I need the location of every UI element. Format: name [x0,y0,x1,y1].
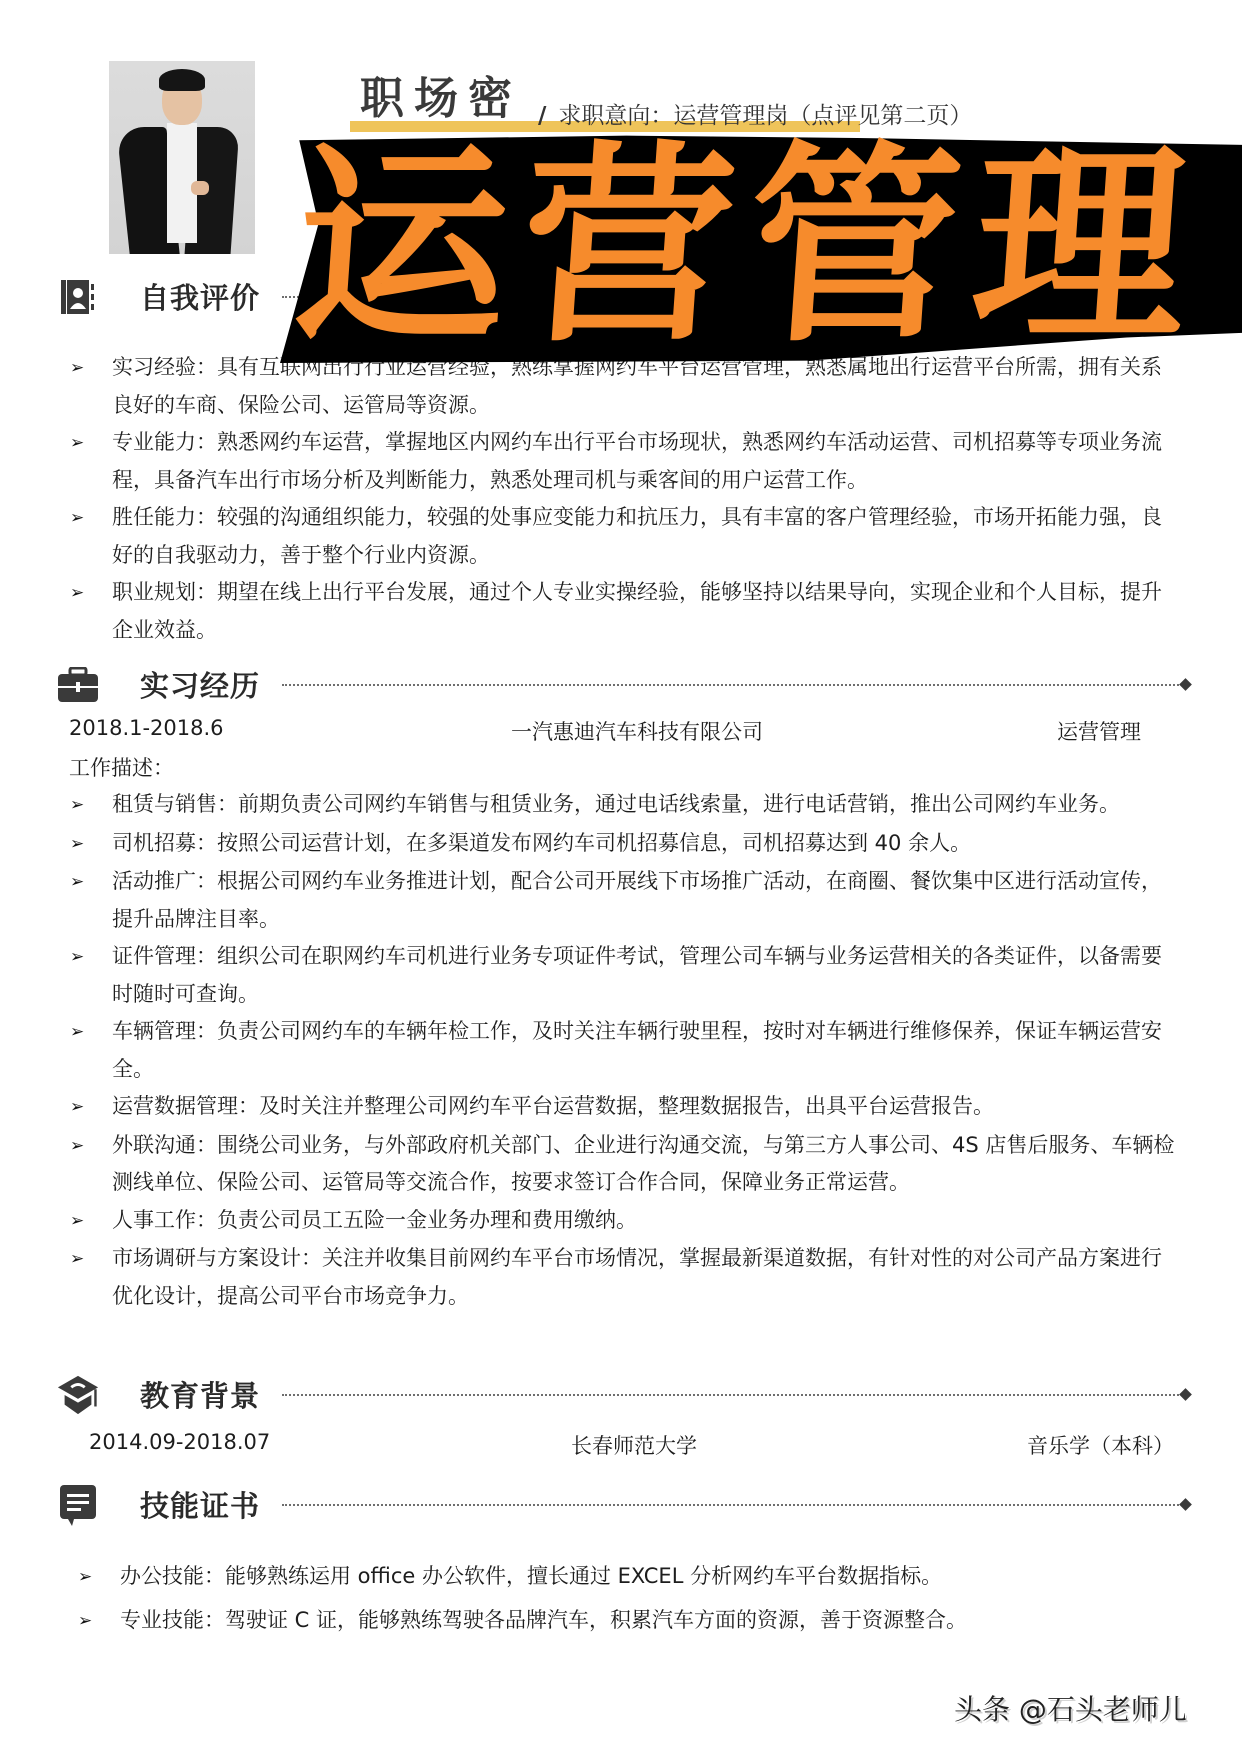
contact-book-icon [56,277,100,317]
bullet-arrow-icon: ➢ [70,938,112,1013]
bullet-arrow-icon: ➢ [70,424,112,499]
list-item: ➢证件管理：组织公司在职网约车司机进行业务专项证件考试，管理公司车辆与业务运营相… [70,938,1180,1013]
internship-list: ➢租赁与销售：前期负责公司网约车销售与租赁业务，通过电话线索量，进行电话营销，推… [70,786,1180,1315]
self-evaluation-list: ➢实习经验：具有互联网出行行业运营经验，熟练掌握网约车平台运营管理，熟悉属地出行… [70,349,1180,649]
education-row: 2014.09-2018.07 长春师范大学 音乐学（本科） [0,1430,1242,1460]
section-internship: 实习经历 [56,664,1186,705]
list-item: ➢活动推广：根据公司网约车业务推进计划，配合公司开展线下市场推广活动，在商圈、餐… [70,863,1180,938]
list-item: ➢胜任能力：较强的沟通组织能力，较强的处事应变能力和抗压力，具有丰富的客户管理经… [70,499,1180,574]
list-item: ➢运营数据管理：及时关注并整理公司网约车平台运营数据，整理数据报告，出具平台运营… [70,1088,1180,1127]
bullet-arrow-icon: ➢ [70,349,112,424]
section-title: 自我评价 [140,276,260,317]
skills-list: ➢办公技能：能够熟练运用 office 办公软件，擅长通过 EXCEL 分析网约… [78,1555,1188,1643]
bullet-arrow-icon: ➢ [70,1127,112,1202]
education-school: 长春师范大学 [571,1430,697,1460]
message-note-icon [56,1485,100,1525]
bullet-arrow-icon: ➢ [70,1240,112,1315]
section-divider [282,1394,1186,1396]
list-item: ➢办公技能：能够熟练运用 office 办公软件，擅长通过 EXCEL 分析网约… [78,1555,1188,1599]
list-item: ➢市场调研与方案设计：关注并收集目前网约车平台市场情况，掌握最新渠道数据，有针对… [70,1240,1180,1315]
education-major: 音乐学（本科） [1027,1430,1174,1460]
list-item: ➢专业技能：驾驶证 C 证，能够熟练驾驶各品牌汽车，积累汽车方面的资源，善于资源… [78,1599,1188,1643]
graduation-cap-icon [56,1375,100,1415]
banner-title: 运营管理 [288,132,1242,362]
watermark: 头条 @石头老师儿 [954,1688,1187,1728]
list-item: ➢人事工作：负责公司员工五险一金业务办理和费用缴纳。 [70,1202,1180,1241]
candidate-name: 职场密 [360,62,522,126]
section-title: 教育背景 [140,1374,260,1415]
internship-position: 运营管理 [1057,716,1141,746]
section-education: 教育背景 [56,1374,1186,1415]
bullet-arrow-icon: ➢ [78,1599,120,1643]
list-item: ➢职业规划：期望在线上出行平台发展，通过个人专业实操经验，能够坚持以结果导向，实… [70,574,1180,649]
intent-slash: / [538,103,546,129]
bullet-arrow-icon: ➢ [70,499,112,574]
job-intent: /求职意向：运营管理岗（点评见第二页） [538,97,972,130]
section-divider [282,1504,1186,1506]
bullet-arrow-icon: ➢ [70,1013,112,1088]
list-item: ➢专业能力：熟悉网约车运营，掌握地区内网约车出行平台市场现状，熟悉网约车活动运营… [70,424,1180,499]
bullet-arrow-icon: ➢ [70,825,112,864]
list-item: ➢外联沟通：围绕公司业务，与外部政府机关部门、企业进行沟通交流，与第三方人事公司… [70,1127,1180,1202]
internship-summary-row: 2018.1-2018.6 一汽惠迪汽车科技有限公司 运营管理 [0,716,1242,746]
bullet-arrow-icon: ➢ [70,574,112,649]
section-title: 实习经历 [140,664,260,705]
internship-period: 2018.1-2018.6 [69,716,224,740]
section-skills: 技能证书 [56,1484,1186,1525]
list-item: ➢车辆管理：负责公司网约车的车辆年检工作，及时关注车辆行驶里程，按时对车辆进行维… [70,1013,1180,1088]
intent-text: 求职意向：运营管理岗（点评见第二页） [558,103,972,129]
bullet-arrow-icon: ➢ [70,863,112,938]
bullet-arrow-icon: ➢ [78,1555,120,1599]
briefcase-icon [56,665,100,705]
education-period: 2014.09-2018.07 [89,1430,270,1454]
list-item: ➢租赁与销售：前期负责公司网约车销售与租赁业务，通过电话线索量，进行电话营销，推… [70,786,1180,825]
internship-company: 一汽惠迪汽车科技有限公司 [511,716,763,746]
profile-photo [109,61,255,254]
bullet-arrow-icon: ➢ [70,1088,112,1127]
list-item: ➢司机招募：按照公司运营计划，在多渠道发布网约车司机招募信息，司机招募达到 40… [70,825,1180,864]
section-title: 技能证书 [140,1484,260,1525]
section-divider [282,684,1186,686]
bullet-arrow-icon: ➢ [70,786,112,825]
bullet-arrow-icon: ➢ [70,1202,112,1241]
